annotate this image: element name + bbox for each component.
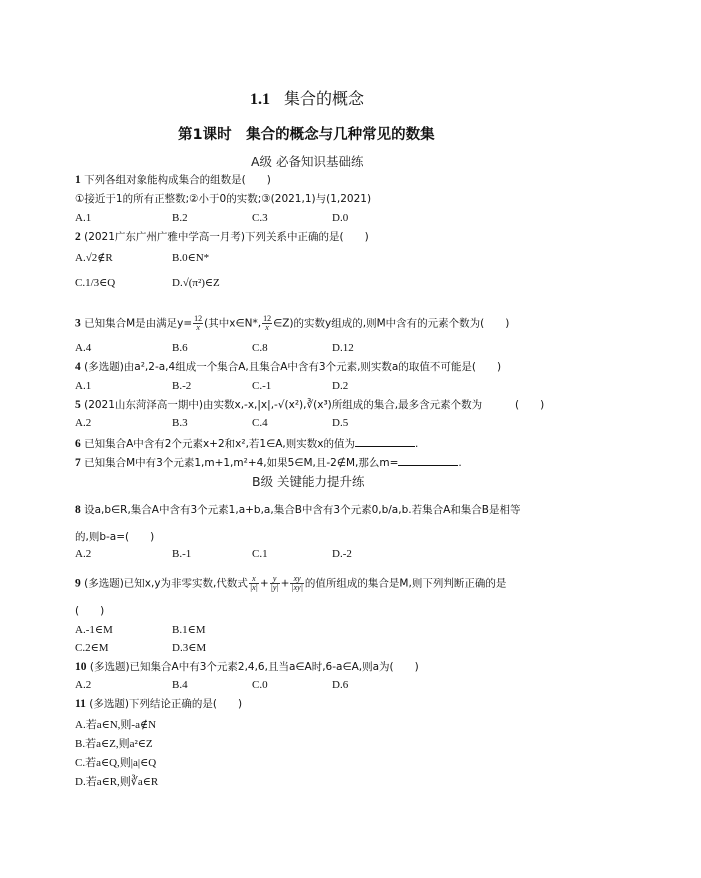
option-b: B.-2 [172, 380, 191, 392]
question-10: 10 (多选题)已知集合A中有3个元素2,4,6,且当a∈A时,6-a∈A,则a… [75, 660, 419, 674]
option-a: A.2 [75, 548, 91, 560]
option-d: D.0 [332, 212, 348, 224]
section-heading: 1.1集合的概念 [250, 86, 364, 109]
question-stem-part: 已知集合M是由满足y= [84, 318, 192, 330]
answer-parentheses: ( ) [75, 604, 104, 618]
question-number: 3 [75, 318, 81, 330]
fraction: x|x| [249, 575, 259, 592]
question-number: 1 [75, 174, 81, 186]
option-b: B.6 [172, 342, 188, 354]
question-number: 8 [75, 504, 81, 516]
option-a: A.1 [75, 212, 91, 224]
question-stem-part: (其中x∈N*, [204, 318, 261, 330]
question-number: 4 [75, 361, 81, 373]
option-d: D.5 [332, 417, 348, 429]
option-c: C.1/3∈Q [75, 276, 115, 289]
answer-blank[interactable] [398, 455, 458, 466]
question-stem: (多选题)由a²,2-a,4组成一个集合A,且集合A中含有3个元素,则实数a的取… [84, 361, 501, 373]
option-c: C.3 [252, 212, 268, 224]
option-a: A.4 [75, 342, 91, 354]
option-a: A.-1∈M [75, 623, 113, 636]
option-a: A.√2∉R [75, 251, 113, 264]
option-c: C.若a∈Q,则|a|∈Q [75, 754, 156, 770]
answer-blank[interactable] [355, 436, 415, 447]
option-a: A.1 [75, 380, 91, 392]
question-4: 4 (多选题)由a²,2-a,4组成一个集合A,且集合A中含有3个元素,则实数a… [75, 360, 501, 374]
level-b-heading: B级 关键能力提升练 [252, 472, 365, 490]
question-number: 6 [75, 438, 81, 450]
option-d: D.-2 [332, 548, 352, 560]
option-b: B.-1 [172, 548, 191, 560]
section-title: 集合的概念 [284, 91, 364, 108]
option-b: B.3 [172, 417, 188, 429]
question-stem: 已知集合M中有3个元素1,m+1,m²+4,如果5∈M,且-2∉M,那么m= [84, 457, 398, 469]
option-d: D.2 [332, 380, 348, 392]
question-number: 10 [75, 661, 87, 673]
option-b: B.2 [172, 212, 188, 224]
question-number: 11 [75, 698, 86, 710]
question-stem-part: 的值所组成的集合是M,则下列判断正确的是 [305, 578, 506, 590]
option-a: A.2 [75, 417, 91, 429]
level-a-heading: A级 必备知识基础练 [251, 152, 364, 170]
option-c: C.0 [252, 679, 268, 691]
question-stem: (2021山东菏泽高一期中)由实数x,-x,|x|,-√(x²),∛(x³)所组… [84, 399, 482, 411]
question-11: 11 (多选题)下列结论正确的是( ) [75, 697, 242, 711]
question-9: 9 (多选题)已知x,y为非零实数,代数式x|x|+y|y|+xy|xy|的值所… [75, 575, 506, 592]
option-d: D.√(π²)∈Z [172, 276, 220, 289]
option-d: D.3∈M [172, 641, 206, 654]
question-stem: (多选题)下列结论正确的是( ) [89, 698, 242, 710]
fraction: 12x [193, 315, 203, 332]
option-b: B.4 [172, 679, 188, 691]
question-1: 1 下列各组对象能构成集合的组数是( ) [75, 173, 271, 187]
question-7: 7 已知集合M中有3个元素1,m+1,m²+4,如果5∈M,且-2∉M,那么m=… [75, 455, 462, 470]
question-number: 7 [75, 457, 81, 469]
question-8: 8 设a,b∈R,集合A中含有3个元素1,a+b,a,集合B中含有3个元素0,b… [75, 503, 520, 517]
question-5: 5 (2021山东菏泽高一期中)由实数x,-x,|x|,-√(x²),∛(x³)… [75, 398, 482, 412]
fraction: y|y| [270, 575, 280, 592]
answer-parentheses: ( ) [515, 398, 544, 412]
fraction: xy|xy| [290, 575, 304, 592]
question-stem: (多选题)已知集合A中有3个元素2,4,6,且当a∈A时,6-a∈A,则a为( … [90, 661, 419, 673]
option-d: D.6 [332, 679, 348, 691]
option-a: A.若a∈N,则-a∉N [75, 716, 156, 732]
option-c: C.1 [252, 548, 268, 560]
fraction: 12x [262, 315, 272, 332]
option-b: B.1∈M [172, 623, 206, 636]
option-a: A.2 [75, 679, 91, 691]
option-c: C.8 [252, 342, 268, 354]
question-3: 3 已知集合M是由满足y=12x(其中x∈N*,12x∈Z)的实数y组成的,则M… [75, 315, 509, 332]
question-stem-part: ∈Z)的实数y组成的,则M中含有的元素个数为( ) [273, 318, 509, 330]
option-c: C.-1 [252, 380, 271, 392]
option-d: D.若a∈R,则∛a∈R [75, 773, 158, 789]
option-b: B.0∈N* [172, 251, 209, 264]
question-stem: 已知集合A中含有2个元素x+2和x²,若1∈A,则实数x的值为 [84, 438, 355, 450]
question-1-items: ①接近于1的所有正整数;②小于0的实数;③(2021,1)与(1,2021) [75, 192, 371, 206]
question-8-line2: 的,则b-a=( ) [75, 530, 154, 544]
question-stem: 下列各组对象能构成集合的组数是( ) [84, 174, 271, 186]
question-stem: (2021广东广州广雅中学高一月考)下列关系中正确的是( ) [84, 231, 369, 243]
question-number: 9 [75, 578, 81, 590]
question-2: 2 (2021广东广州广雅中学高一月考)下列关系中正确的是( ) [75, 230, 369, 244]
question-6: 6 已知集合A中含有2个元素x+2和x²,若1∈A,则实数x的值为. [75, 436, 418, 451]
option-c: C.2∈M [75, 641, 109, 654]
question-number: 2 [75, 231, 81, 243]
question-stem-part: (多选题)已知x,y为非零实数,代数式 [84, 578, 248, 590]
lesson-title: 第1课时 集合的概念与几种常见的数集 [178, 123, 435, 144]
option-b: B.若a∈Z,则a²∈Z [75, 735, 153, 751]
question-number: 5 [75, 399, 81, 411]
section-number: 1.1 [250, 91, 270, 108]
option-c: C.4 [252, 417, 268, 429]
option-d: D.12 [332, 342, 354, 354]
question-stem: 设a,b∈R,集合A中含有3个元素1,a+b,a,集合B中含有3个元素0,b/a… [84, 504, 520, 516]
